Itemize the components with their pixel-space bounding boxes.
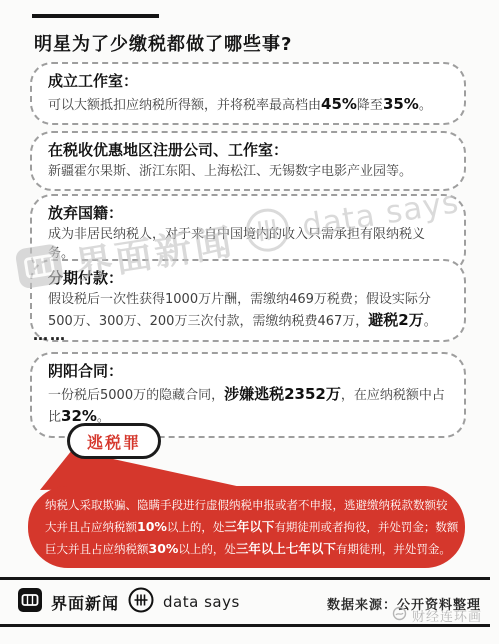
law-speech-bubble: 纳税人采取欺骗、隐瞒手段进行虚假纳税申报或者不申报，逃避缴纳税款数额较 大并且占…: [28, 486, 465, 568]
card-body: 一份税后5000万的隐藏合同，涉嫌逃税2352万，在应纳税额中占比32%。: [48, 383, 448, 428]
bottom-right-watermark: 财经连环画: [392, 606, 482, 625]
law-text-line: 大并且占应纳税额10%以上的，处三年以下有期徒刑或者拘役，并处罚金；数额: [45, 516, 449, 539]
card-body: 新疆霍尔果斯、浙江东阳、上海松江、无锡数字电影产业园等。: [48, 162, 448, 182]
bottom-watermark-text: 财经连环画: [412, 606, 482, 625]
card-installment-payment: 分期付款： 假设税后一次性获得1000万片酬，需缴纳469万税费；假设实际分50…: [30, 259, 466, 342]
ellipsis-more: ……: [33, 326, 67, 344]
card-label: 放弃国籍：: [48, 203, 448, 225]
tax-evasion-crime-tag: 逃税罪: [67, 423, 161, 459]
card-label: 分期付款：: [48, 268, 448, 290]
card-label: 阴阳合同：: [48, 361, 448, 383]
page-title: 明星为了少缴税都做了哪些事?: [34, 30, 292, 56]
stamp-icon: [392, 606, 407, 625]
card-body: 可以大额抵扣应纳税所得额，并将税率最高档由45%降至35%。: [48, 93, 448, 116]
footer-product-text: data says: [163, 593, 240, 611]
jiemian-logo-icon: [18, 588, 42, 616]
title-accent-rule: [32, 14, 159, 18]
card-label: 成立工作室：: [48, 71, 448, 93]
infographic-page: 明星为了少缴税都做了哪些事? 成立工作室： 可以大额抵扣应纳税所得额，并将税率最…: [0, 0, 499, 644]
card-establish-studio: 成立工作室： 可以大额抵扣应纳税所得额，并将税率最高档由45%降至35%。: [30, 62, 466, 125]
data-says-circle-icon: [128, 587, 154, 617]
card-label: 在税收优惠地区注册公司、工作室：: [48, 140, 448, 162]
footer-brand-text: 界面新闻: [51, 591, 119, 614]
law-text-line: 纳税人采取欺骗、隐瞒手段进行虚假纳税申报或者不申报，逃避缴纳税款数额较: [45, 495, 449, 516]
card-body: 假设税后一次性获得1000万片酬，需缴纳469万税费；假设实际分500万、300…: [48, 290, 448, 332]
footer-top-rule: [0, 577, 490, 580]
footer-brand-group: 界面新闻 data says: [18, 588, 240, 616]
card-tax-preferential-regions: 在税收优惠地区注册公司、工作室： 新疆霍尔果斯、浙江东阳、上海松江、无锡数字电影…: [30, 131, 466, 191]
card-body: 成为非居民纳税人，对于来自中国境内的收入只需承担有限纳税义务。: [48, 225, 448, 264]
law-text-line: 巨大并且占应纳税额30%以上的，处三年以上七年以下有期徒刑，并处罚金。: [45, 538, 449, 561]
